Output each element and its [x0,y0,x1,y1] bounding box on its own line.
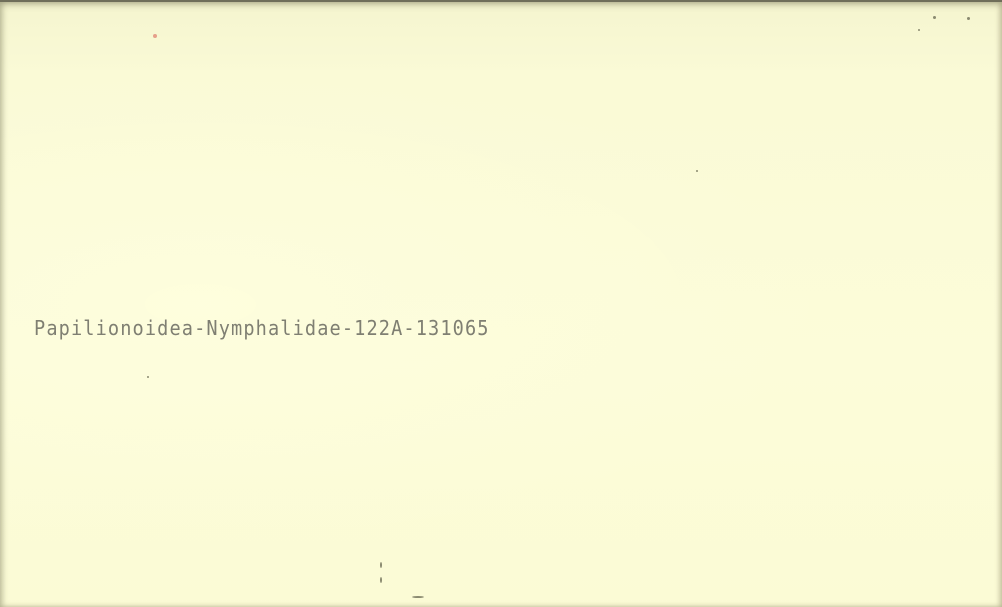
dust-speck [933,16,936,19]
dust-speck [147,376,149,378]
dust-speck [380,577,382,583]
taxonomy-label: Papilionoidea-Nymphalidae-122A-131065 [34,316,490,340]
dust-speck [696,170,698,172]
index-card: Papilionoidea-Nymphalidae-122A-131065 [0,0,1002,607]
dust-speck [918,29,920,31]
dust-speck [412,596,424,598]
ink-speck [153,34,157,38]
dust-speck [967,17,970,20]
dust-speck [380,562,382,568]
